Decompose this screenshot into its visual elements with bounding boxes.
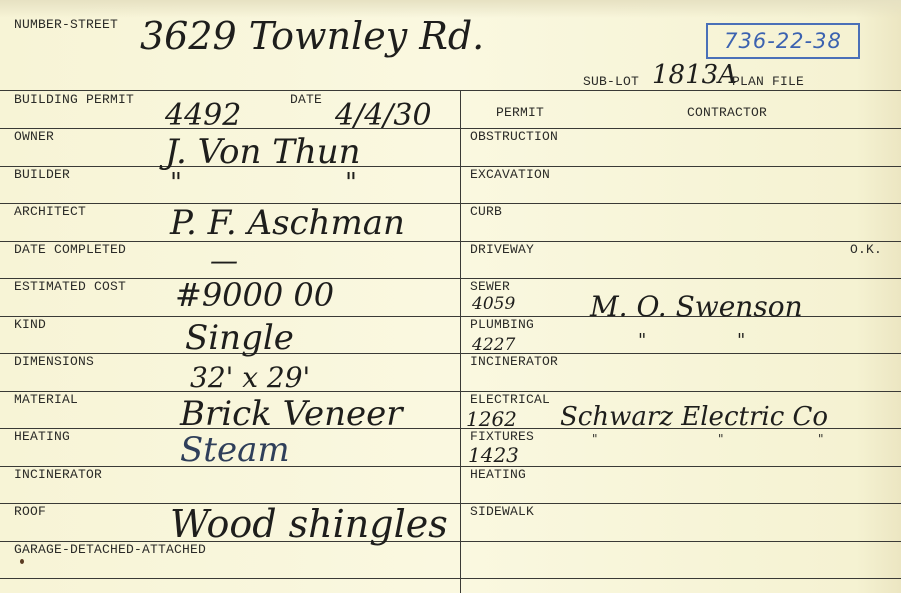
electrical-label: ELECTRICAL: [470, 392, 550, 407]
fixtures-label: FIXTURES: [470, 429, 534, 444]
incinerator-permit-label: INCINERATOR: [470, 354, 558, 369]
fixtures-permit-number: 1423: [468, 443, 519, 467]
dimensions-value: 32' x 29': [190, 361, 310, 394]
row-divider: [0, 241, 901, 242]
row-divider: [0, 90, 901, 91]
fixtures-contractor-ditto: ": [718, 432, 724, 446]
fixtures-contractor-ditto: ": [592, 432, 598, 446]
obstruction-label: OBSTRUCTION: [470, 129, 558, 144]
building-permit-label: BUILDING PERMIT: [14, 92, 134, 107]
date-completed-label: DATE COMPLETED: [14, 242, 126, 257]
fixtures-contractor-ditto: ": [818, 432, 824, 446]
excavation-label: EXCAVATION: [470, 167, 550, 182]
sewer-permit-number: 4059: [472, 294, 515, 314]
row-divider: [0, 503, 901, 504]
sub-lot-value: 1813A: [652, 60, 737, 90]
heating-value: Steam: [180, 430, 290, 470]
number-street-label: NUMBER-STREET: [14, 17, 118, 32]
roof-label: ROOF: [14, 504, 46, 519]
plumbing-contractor-ditto: ": [737, 330, 745, 351]
material-label: MATERIAL: [14, 392, 78, 407]
permit-header: PERMIT: [496, 105, 544, 120]
row-divider: [0, 203, 901, 204]
builder-value-ditto: ": [170, 168, 182, 198]
plumbing-label: PLUMBING: [470, 317, 534, 332]
row-divider: [0, 578, 901, 579]
number-street-value: 3629 Townley Rd.: [140, 14, 484, 58]
curb-label: CURB: [470, 204, 502, 219]
row-divider: [0, 128, 901, 129]
column-divider: [460, 90, 461, 593]
sub-lot-label: SUB-LOT: [583, 74, 639, 89]
sewer-label: SEWER: [470, 279, 510, 294]
kind-value: Single: [185, 318, 294, 358]
garage-label: GARAGE-DETACHED-ATTACHED: [14, 542, 206, 557]
row-divider: [0, 353, 901, 354]
roof-value: Wood shingles: [170, 502, 448, 546]
driveway-value: O.K.: [850, 242, 882, 257]
owner-value: J. Von Thun: [165, 132, 361, 172]
heating-label: HEATING: [14, 429, 70, 444]
row-divider: [0, 166, 901, 167]
plumbing-contractor-ditto: ": [638, 330, 646, 351]
row-divider: [0, 278, 901, 279]
heating-permit-label: HEATING: [470, 467, 526, 482]
ink-dot: [20, 559, 24, 564]
date-value: 4/4/30: [335, 98, 432, 133]
plan-file-label: PLAN FILE: [732, 74, 804, 89]
kind-label: KIND: [14, 317, 46, 332]
builder-value-ditto: ": [345, 168, 357, 198]
electrical-permit-number: 1262: [466, 407, 517, 431]
building-permit-value: 4492: [165, 98, 241, 133]
estimated-cost-label: ESTIMATED COST: [14, 279, 126, 294]
row-divider: [0, 391, 901, 392]
sidewalk-label: SIDEWALK: [470, 504, 534, 519]
builder-label: BUILDER: [14, 167, 70, 182]
date-completed-value: —: [210, 244, 238, 277]
architect-label: ARCHITECT: [14, 204, 86, 219]
file-number-stamp: 736-22-38: [706, 23, 860, 59]
date-label: DATE: [290, 92, 322, 107]
sewer-contractor: M. O. Swenson: [590, 290, 803, 323]
incinerator-label: INCINERATOR: [14, 467, 102, 482]
driveway-label: DRIVEWAY: [470, 242, 534, 257]
contractor-header: CONTRACTOR: [687, 105, 767, 120]
plumbing-permit-number: 4227: [472, 335, 515, 355]
row-divider: [0, 466, 901, 467]
electrical-contractor: Schwarz Electric Co: [560, 402, 828, 432]
material-value: Brick Veneer: [180, 394, 403, 434]
architect-value: P. F. Aschman: [170, 203, 405, 243]
owner-label: OWNER: [14, 129, 54, 144]
dimensions-label: DIMENSIONS: [14, 354, 94, 369]
estimated-cost-value: #9000 00: [175, 276, 334, 314]
